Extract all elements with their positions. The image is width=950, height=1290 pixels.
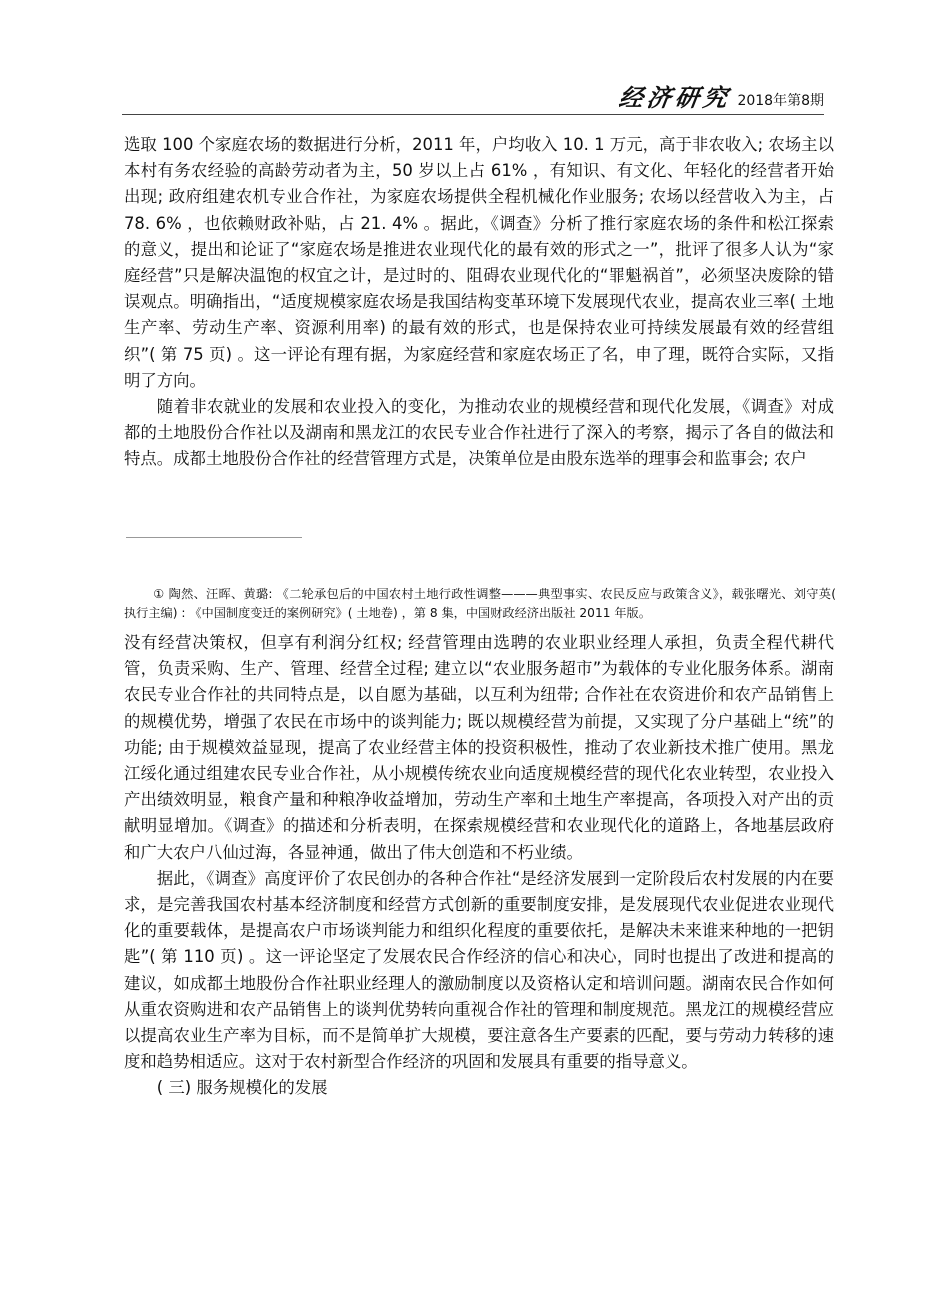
paragraph: 选取 100 个家庭农场的数据进行分析，2011 年，户均收入 10. 1 万元… <box>124 132 834 394</box>
body-text-top: 选取 100 个家庭农场的数据进行分析，2011 年，户均收入 10. 1 万元… <box>124 132 834 473</box>
paragraph: 据此，《调查》高度评价了农民创办的各种合作社“是经济发展到一定阶段后农村发展的内… <box>124 866 834 1076</box>
footnote-separator <box>126 537 302 538</box>
paragraph: 没有经营决策权，但享有利润分红权; 经营管理由选聘的农业职业经理人承担，负责全程… <box>124 630 834 866</box>
page-header: 经济研究 2018年第8期 <box>122 84 824 115</box>
issue-number: 2018年第8期 <box>737 92 824 111</box>
body-text-bottom: 没有经营决策权，但享有利润分红权; 经营管理由选聘的农业职业经理人承担，负责全程… <box>124 630 834 1102</box>
journal-logo: 经济研究 <box>618 85 734 111</box>
footnote-text: ① 陶然、汪晖、黄璐: 《二轮承包后的中国农村土地行政性调整———典型事实、农民… <box>124 585 836 623</box>
footnote: ① 陶然、汪晖、黄璐: 《二轮承包后的中国农村土地行政性调整———典型事实、农民… <box>124 585 836 623</box>
header-masthead: 经济研究 2018年第8期 <box>619 85 824 111</box>
paragraph: 随着非农就业的发展和农业投入的变化，为推动农业的规模经营和现代化发展，《调查》对… <box>124 394 834 473</box>
section-heading: ( 三) 服务规模化的发展 <box>124 1075 834 1101</box>
